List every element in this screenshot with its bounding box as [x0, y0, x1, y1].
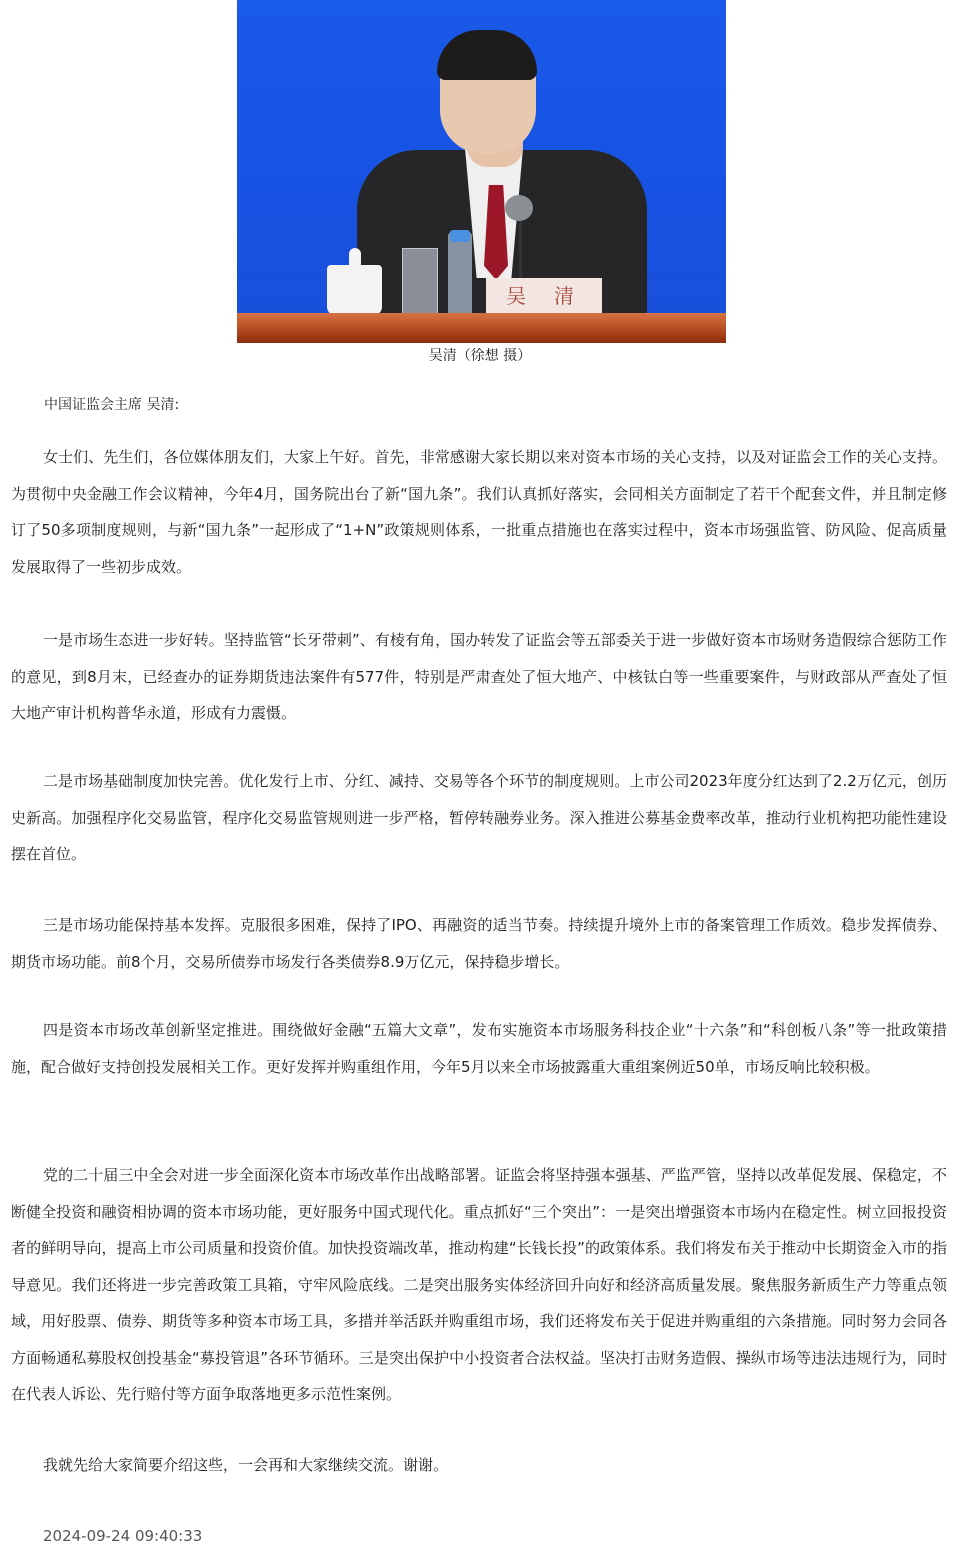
bottle-cap-icon: [450, 230, 470, 242]
paragraph-reform-innovation: 四是资本市场改革创新坚定推进。围绕做好金融“五篇大文章”，发布实施资本市场服务科…: [11, 1012, 947, 1085]
photo-caption: 吴清（徐想 摄）: [0, 345, 960, 367]
publish-timestamp: 2024-09-24 09:40:33: [43, 1525, 202, 1547]
photo-hair-shape: [437, 30, 537, 80]
water-glass-icon: [402, 248, 438, 316]
speaker-line: 中国证监会主席 吴清:: [44, 393, 179, 417]
paragraph-closing: 我就先给大家简要介绍这些，一会再和大家继续交流。谢谢。: [11, 1447, 947, 1484]
microphone-head-icon: [505, 195, 533, 221]
paragraph-future-plan: 党的二十届三中全会对进一步全面深化资本市场改革作出战略部署。证监会将坚持强本强基…: [11, 1157, 947, 1413]
paragraph-market-function: 三是市场功能保持基本发挥。克服很多困难，保持了IPO、再融资的适当节奏。持续提升…: [11, 907, 947, 980]
paragraph-market-ecology: 一是市场生态进一步好转。坚持监管“长牙带刺”、有棱有角，国办转发了证监会等五部委…: [11, 622, 947, 732]
paragraph-basic-system: 二是市场基础制度加快完善。优化发行上市、分红、减持、交易等各个环节的制度规则。上…: [11, 763, 947, 873]
press-conference-photo: 吴清: [237, 0, 726, 343]
photo-desk: [237, 313, 726, 343]
teacup-icon: [327, 265, 382, 315]
paragraph-intro: 女士们、先生们，各位媒体朋友们，大家上午好。首先，非常感谢大家长期以来对资本市场…: [11, 439, 947, 585]
teacup-lid-icon: [349, 248, 361, 266]
nameplate: 吴清: [486, 278, 602, 314]
water-bottle-icon: [448, 232, 472, 314]
